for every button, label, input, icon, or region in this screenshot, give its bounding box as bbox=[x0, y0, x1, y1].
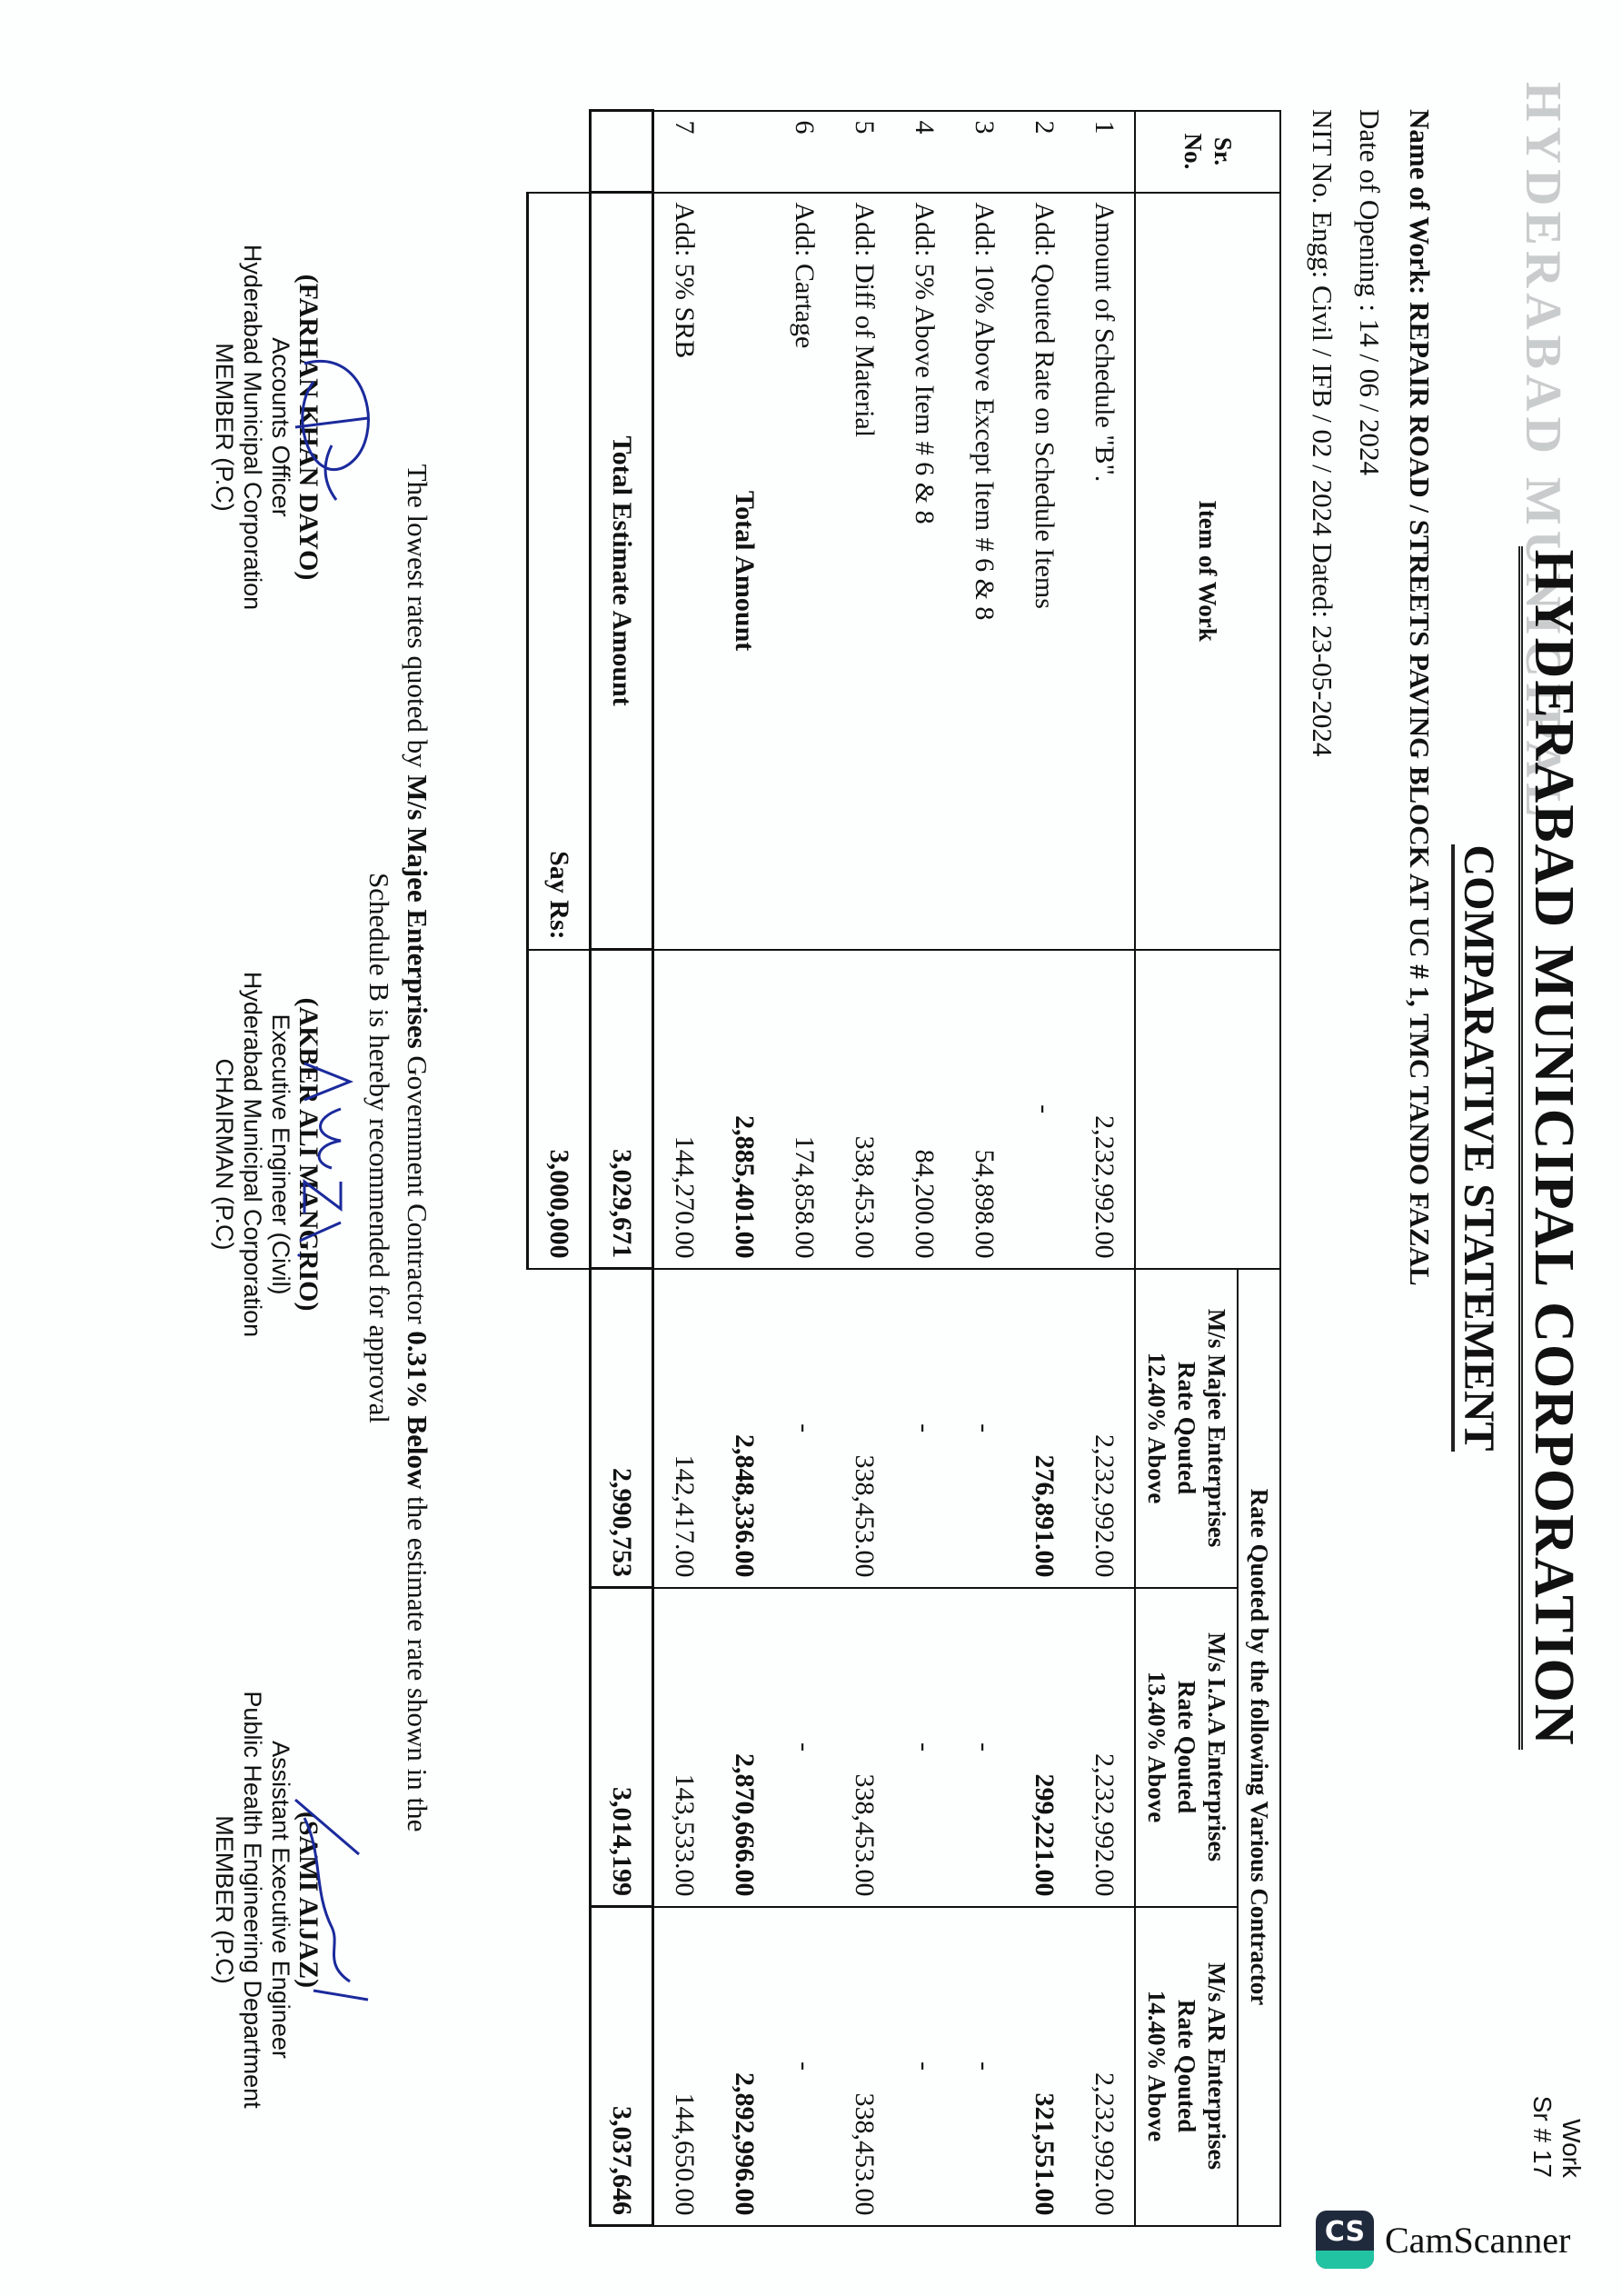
camscanner-logo-icon: CS bbox=[1316, 2211, 1374, 2269]
table-row: 3Add: 10% Above Except Item # 6 & 854,89… bbox=[954, 111, 1014, 2226]
row-contractor-1: - bbox=[894, 1269, 954, 1588]
row-estimate: 54,898.00 bbox=[954, 950, 1014, 1269]
row-contractor-3: 144,650.00 bbox=[653, 1907, 715, 2226]
row-item: Add: Cartage bbox=[774, 193, 834, 950]
row-sr-no: 4 bbox=[894, 111, 954, 193]
row-contractor-1: 338,453.00 bbox=[834, 1269, 894, 1588]
grand-total-label: Total Estimate Amount bbox=[591, 193, 653, 950]
statement-title: COMPARATIVE STATEMENT bbox=[1454, 0, 1504, 2296]
row-item: Add: 10% Above Except Item # 6 & 8 bbox=[954, 193, 1014, 950]
organization-title: HYDERABAD MUNICIPAL CORPORATION bbox=[1521, 0, 1586, 2296]
header-item-of-work: Item of Work bbox=[1135, 193, 1280, 950]
header-sr-no: Sr. No. bbox=[1135, 111, 1280, 193]
row-contractor-2: 143,533.00 bbox=[653, 1588, 715, 1907]
row-contractor-1: - bbox=[774, 1269, 834, 1588]
signatory-executive-engineer: (AKBER ALI MANGRIO) Executive Engineer (… bbox=[210, 900, 323, 1409]
grand-total-contractor-1: 2,990,753 bbox=[591, 1269, 653, 1588]
camscanner-brand: CamScanner bbox=[1385, 2219, 1570, 2261]
row-contractor-2: 299,221.00 bbox=[1014, 1588, 1074, 1907]
row-sr-no bbox=[714, 111, 774, 193]
row-contractor-3: - bbox=[894, 1907, 954, 2226]
row-item: Amount of Schedule "B". bbox=[1074, 193, 1135, 950]
header-contractor-3: M/s AR Enterprises Rate Qouted 14.40% Ab… bbox=[1135, 1907, 1238, 2226]
row-item: Add: Diff of Material bbox=[834, 193, 894, 950]
row-contractor-3: 321,551.00 bbox=[1014, 1907, 1074, 2226]
row-contractor-2: 2,870,666.00 bbox=[714, 1588, 774, 1907]
table-row: 7Add: 5% SRB144,270.00142,417.00143,533.… bbox=[653, 111, 715, 2226]
header-contractor-1: M/s Majee Enterprises Rate Qouted 12.40%… bbox=[1135, 1269, 1238, 1588]
row-contractor-1: 2,232,992.00 bbox=[1074, 1269, 1135, 1588]
row-estimate: 144,270.00 bbox=[653, 950, 715, 1269]
row-item: Add: 5% Above Item # 6 & 8 bbox=[894, 193, 954, 950]
row-sr-no: 3 bbox=[954, 111, 1014, 193]
row-item: Total Amount bbox=[714, 193, 774, 950]
row-sr-no: 7 bbox=[653, 111, 715, 193]
row-item: Add: 5% SRB bbox=[653, 193, 715, 950]
row-contractor-3: - bbox=[954, 1907, 1014, 2226]
say-rupees-row: Say Rs: 3,000,000 bbox=[528, 111, 591, 2226]
row-contractor-1: 2,848,336.00 bbox=[714, 1269, 774, 1588]
signatory-assistant-executive-engineer: (SAMI AIJAZ) Assistant Executive Enginee… bbox=[210, 1618, 323, 2181]
nit-number: NIT No. Engg: Civil / IFB / 02 / 2024 Da… bbox=[1306, 109, 1338, 756]
percent-below: 0.31% bbox=[402, 1331, 433, 1408]
date-of-opening: Date of Opening : 14 / 06 / 2024 bbox=[1353, 109, 1386, 475]
table-row: 6Add: Cartage174,858.00--- bbox=[774, 111, 834, 2226]
row-contractor-2: 338,453.00 bbox=[834, 1588, 894, 1907]
row-contractor-2: - bbox=[774, 1588, 834, 1907]
row-contractor-2: 2,232,992.00 bbox=[1074, 1588, 1135, 1907]
signature-icon bbox=[277, 1036, 386, 1273]
row-sr-no: 2 bbox=[1014, 111, 1074, 193]
row-item: Add: Qouted Rate on Schedule Items bbox=[1014, 193, 1074, 950]
grand-total-contractor-3: 3,037,646 bbox=[591, 1907, 653, 2226]
row-contractor-1: 276,891.00 bbox=[1014, 1269, 1074, 1588]
say-value: 3,000,000 bbox=[528, 950, 591, 1269]
signature-icon bbox=[277, 309, 386, 545]
table-row: 5Add: Diff of Material338,453.00338,453.… bbox=[834, 111, 894, 2226]
header-estimate bbox=[1135, 950, 1280, 1269]
row-estimate: 338,453.00 bbox=[834, 950, 894, 1269]
camscanner-watermark: CS CamScanner bbox=[1316, 2211, 1570, 2269]
row-contractor-3: 2,232,992.00 bbox=[1074, 1907, 1135, 2226]
row-estimate: - bbox=[1014, 950, 1074, 1269]
grand-total-estimate: 3,029,671 bbox=[591, 950, 653, 1269]
row-contractor-3: 338,453.00 bbox=[834, 1907, 894, 2226]
signature-icon bbox=[277, 1782, 386, 2018]
recommended-contractor: M/s Majee Enterprises bbox=[402, 774, 433, 1048]
row-estimate: 2,885,401.00 bbox=[714, 950, 774, 1269]
scanned-document-page: HYDERABAD MUNICIPAL HYDERABAD MUNICIPAL … bbox=[0, 0, 1622, 2296]
row-estimate: 84,200.00 bbox=[894, 950, 954, 1269]
say-label: Say Rs: bbox=[528, 193, 591, 950]
row-sr-no: 5 bbox=[834, 111, 894, 193]
row-contractor-2: - bbox=[894, 1588, 954, 1907]
row-contractor-2: - bbox=[954, 1588, 1014, 1907]
row-contractor-1: 142,417.00 bbox=[653, 1269, 715, 1588]
table-row: 4Add: 5% Above Item # 6 & 884,200.00--- bbox=[894, 111, 954, 2226]
signatory-accounts-officer: (FARHAN KHAN DAYO) Accounts Officer Hyde… bbox=[210, 191, 323, 664]
header-rate-group: Rate Quoted by the following Various Con… bbox=[1238, 1269, 1280, 2226]
grand-total-row: Total Estimate Amount 3,029,671 2,990,75… bbox=[591, 111, 653, 2226]
row-sr-no: 1 bbox=[1074, 111, 1135, 193]
work-ref-label: Work bbox=[1557, 2096, 1586, 2178]
table-row: 2Add: Qouted Rate on Schedule Items-276,… bbox=[1014, 111, 1074, 2226]
row-estimate: 2,232,992.00 bbox=[1074, 950, 1135, 1269]
row-estimate: 174,858.00 bbox=[774, 950, 834, 1269]
table-row: 1Amount of Schedule "B".2,232,992.002,23… bbox=[1074, 111, 1135, 2226]
grand-total-contractor-2: 3,014,199 bbox=[591, 1588, 653, 1907]
work-ref-serial: Sr # 17 bbox=[1527, 2096, 1557, 2178]
row-sr-no: 6 bbox=[774, 111, 834, 193]
work-reference: Work Sr # 17 bbox=[1527, 2096, 1586, 2178]
comparative-table: Sr. No. Item of Work Rate Quoted by the … bbox=[526, 109, 1281, 2227]
row-contractor-3: 2,892,996.00 bbox=[714, 1907, 774, 2226]
table-body: 1Amount of Schedule "B".2,232,992.002,23… bbox=[653, 111, 1136, 2226]
row-contractor-1: - bbox=[954, 1269, 1014, 1588]
row-contractor-3: - bbox=[774, 1907, 834, 2226]
table-row: Total Amount2,885,401.002,848,336.002,87… bbox=[714, 111, 774, 2226]
name-of-work: Name of Work: REPAIR ROAD / STREETS PAVI… bbox=[1403, 109, 1436, 1286]
header-contractor-2: M/s I.A.A Enterprises Rate Qouted 13.40%… bbox=[1135, 1588, 1238, 1907]
